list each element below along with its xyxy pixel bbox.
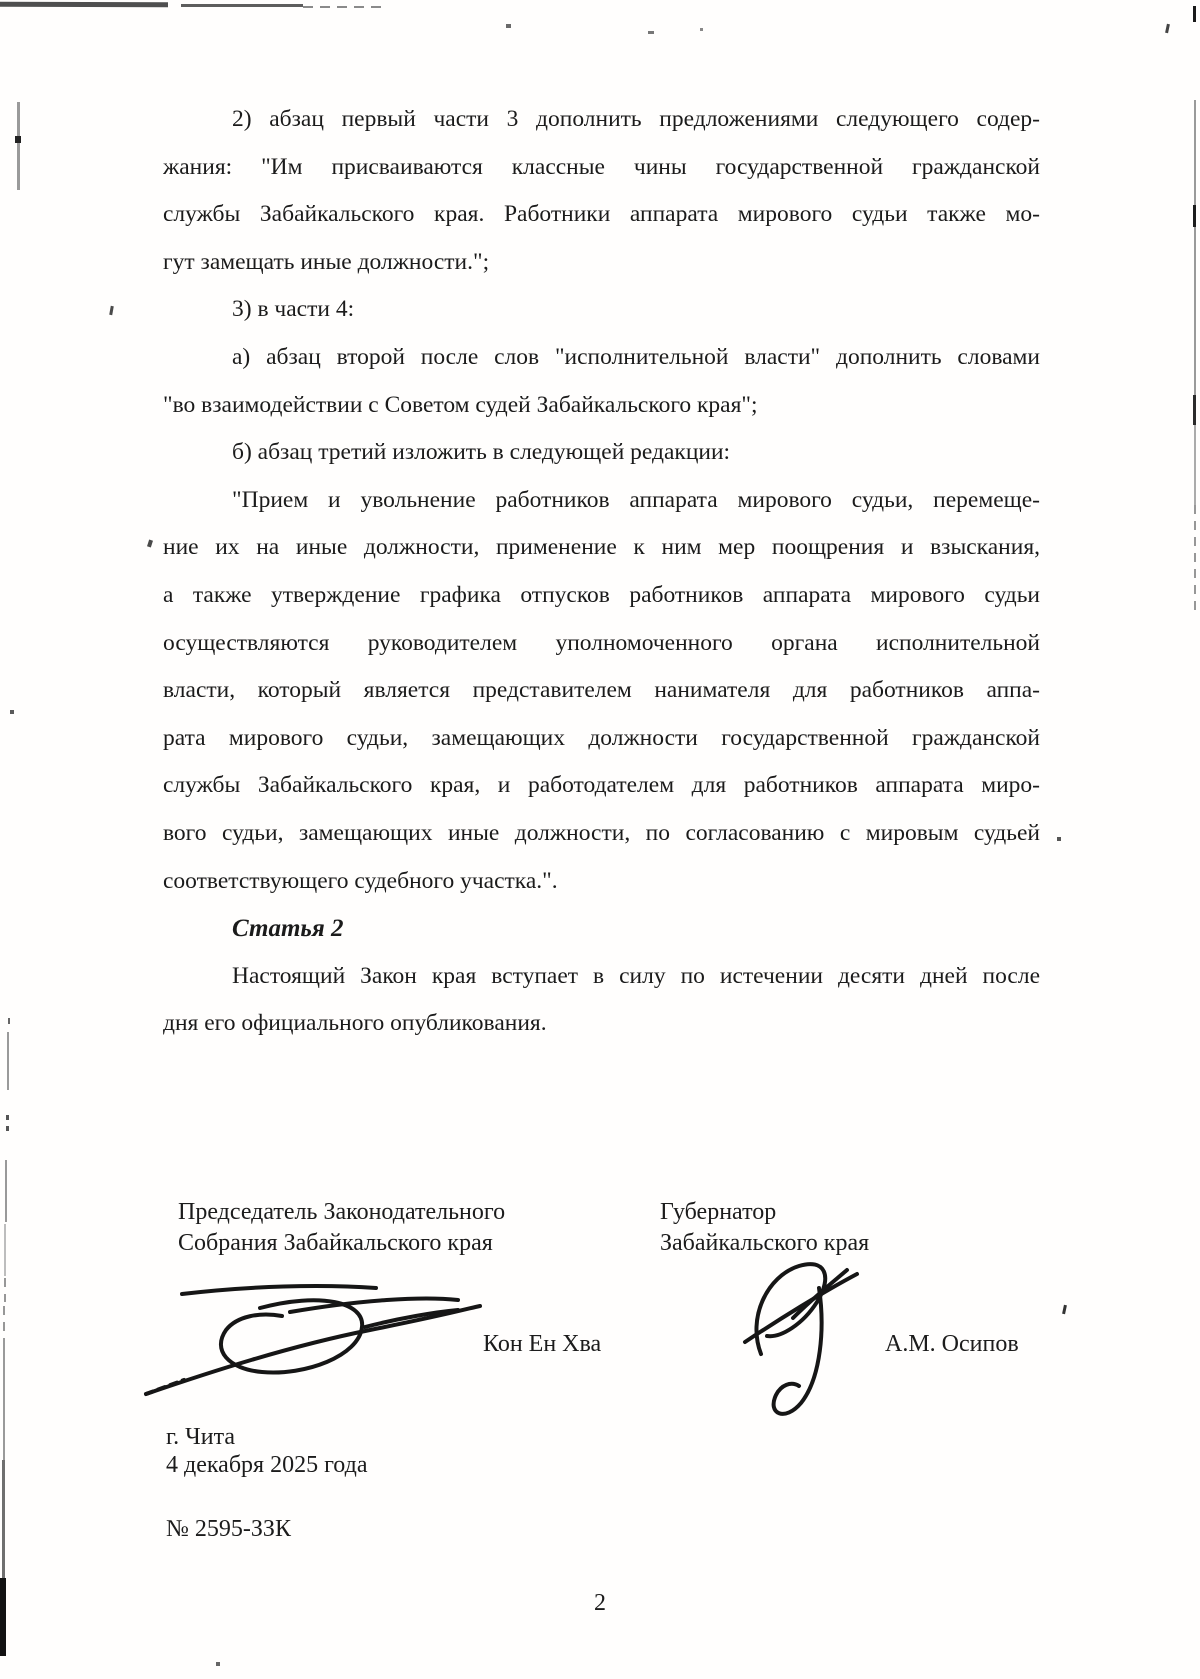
scan-artifact <box>1193 395 1196 425</box>
scan-artifact <box>216 1662 220 1666</box>
right-signatory-title-line: Забайкальского края <box>660 1228 869 1259</box>
scan-artifact <box>1165 24 1170 33</box>
document-body: 2) абзац первый части 3 дополнить предло… <box>163 96 1040 1048</box>
left-signature-handwriting <box>140 1272 490 1402</box>
scan-artifact <box>6 1126 9 1131</box>
scan-artifact <box>10 710 14 714</box>
scan-artifact <box>700 28 703 31</box>
scan-artifact <box>181 4 303 7</box>
scan-artifact <box>147 540 153 548</box>
right-signatory-title-line: Губернатор <box>660 1197 869 1228</box>
page-number: 2 <box>0 1590 1200 1617</box>
body-text-line: "Прием и увольнение работников аппарата … <box>163 477 1040 525</box>
scan-artifact <box>1194 505 1196 610</box>
scan-artifact <box>5 1160 7 1222</box>
scan-artifact <box>0 2 168 7</box>
scan-artifact <box>1193 205 1196 227</box>
body-text-line: осуществляются руководителем уполномочен… <box>163 620 1040 668</box>
body-text-line: ние их на иные должности, применение к н… <box>163 524 1040 572</box>
document-page: 2) абзац первый части 3 дополнить предло… <box>0 0 1200 1679</box>
scan-artifact <box>1194 425 1196 505</box>
body-text-line: Настоящий Закон края вступает в силу по … <box>163 953 1040 1001</box>
scan-artifact <box>2 1460 5 1580</box>
body-text-line: гут замещать иные должности."; <box>163 239 1040 287</box>
scan-artifact <box>3 1306 5 1336</box>
scan-artifact <box>303 6 383 8</box>
scan-artifact <box>7 1032 9 1090</box>
scan-artifact <box>1194 227 1196 395</box>
scan-artifact <box>1194 100 1196 205</box>
scan-artifact <box>17 102 20 190</box>
body-text-line: а также утверждение графика отпусков раб… <box>163 572 1040 620</box>
body-text-line: 2) абзац первый части 3 дополнить предло… <box>163 96 1040 144</box>
scan-artifact <box>3 1338 5 1460</box>
body-text-line: дня его официального опубликования. <box>163 1000 1040 1048</box>
right-signatory-title: Губернатор Забайкальского края <box>660 1197 869 1258</box>
scan-artifact <box>8 1018 10 1024</box>
right-signature-handwriting <box>733 1258 893 1428</box>
left-signatory-title: Председатель Законодательного Собрания З… <box>178 1197 505 1258</box>
issue-date: 4 декабря 2025 года <box>166 1452 367 1479</box>
body-text-line: б) абзац третий изложить в следующей ред… <box>163 429 1040 477</box>
article-heading: Статья 2 <box>163 905 1040 953</box>
scan-artifact <box>15 136 21 143</box>
document-number: № 2595-ЗЗК <box>166 1516 291 1543</box>
body-text-line: службы Забайкальского края. Работники ап… <box>163 191 1040 239</box>
scan-artifact <box>4 1224 6 1276</box>
left-signatory-title-line: Собрания Забайкальского края <box>178 1228 505 1259</box>
body-text-line: а) абзац второй после слов "исполнительн… <box>163 334 1040 382</box>
scan-artifact <box>1062 1305 1067 1314</box>
issue-place: г. Чита <box>166 1424 235 1451</box>
scan-artifact <box>506 24 511 28</box>
body-text-line: службы Забайкальского края, и работодате… <box>163 762 1040 810</box>
left-signatory-name: Кон Ен Хва <box>483 1331 601 1358</box>
scan-artifact <box>109 306 114 315</box>
body-text-line: соответствующего судебного участка.". <box>163 858 1040 906</box>
scan-artifact <box>1057 837 1061 841</box>
body-text-line: жания: "Им присваиваются классные чины г… <box>163 144 1040 192</box>
right-signatory-name: А.М. Осипов <box>885 1331 1019 1358</box>
scan-artifact <box>648 31 654 34</box>
body-text-line: 3) в части 4: <box>163 286 1040 334</box>
body-text-line: "во взаимодействии с Советом судей Забай… <box>163 382 1040 430</box>
scan-artifact <box>1193 6 1196 22</box>
body-text-line: вого судьи, замещающих иные должности, п… <box>163 810 1040 858</box>
left-signatory-title-line: Председатель Законодательного <box>178 1197 505 1228</box>
scan-artifact <box>4 1278 6 1302</box>
body-text-line: власти, который является представителем … <box>163 667 1040 715</box>
body-text-line: рата мирового судьи, замещающих должност… <box>163 715 1040 763</box>
scan-artifact <box>6 1115 9 1120</box>
